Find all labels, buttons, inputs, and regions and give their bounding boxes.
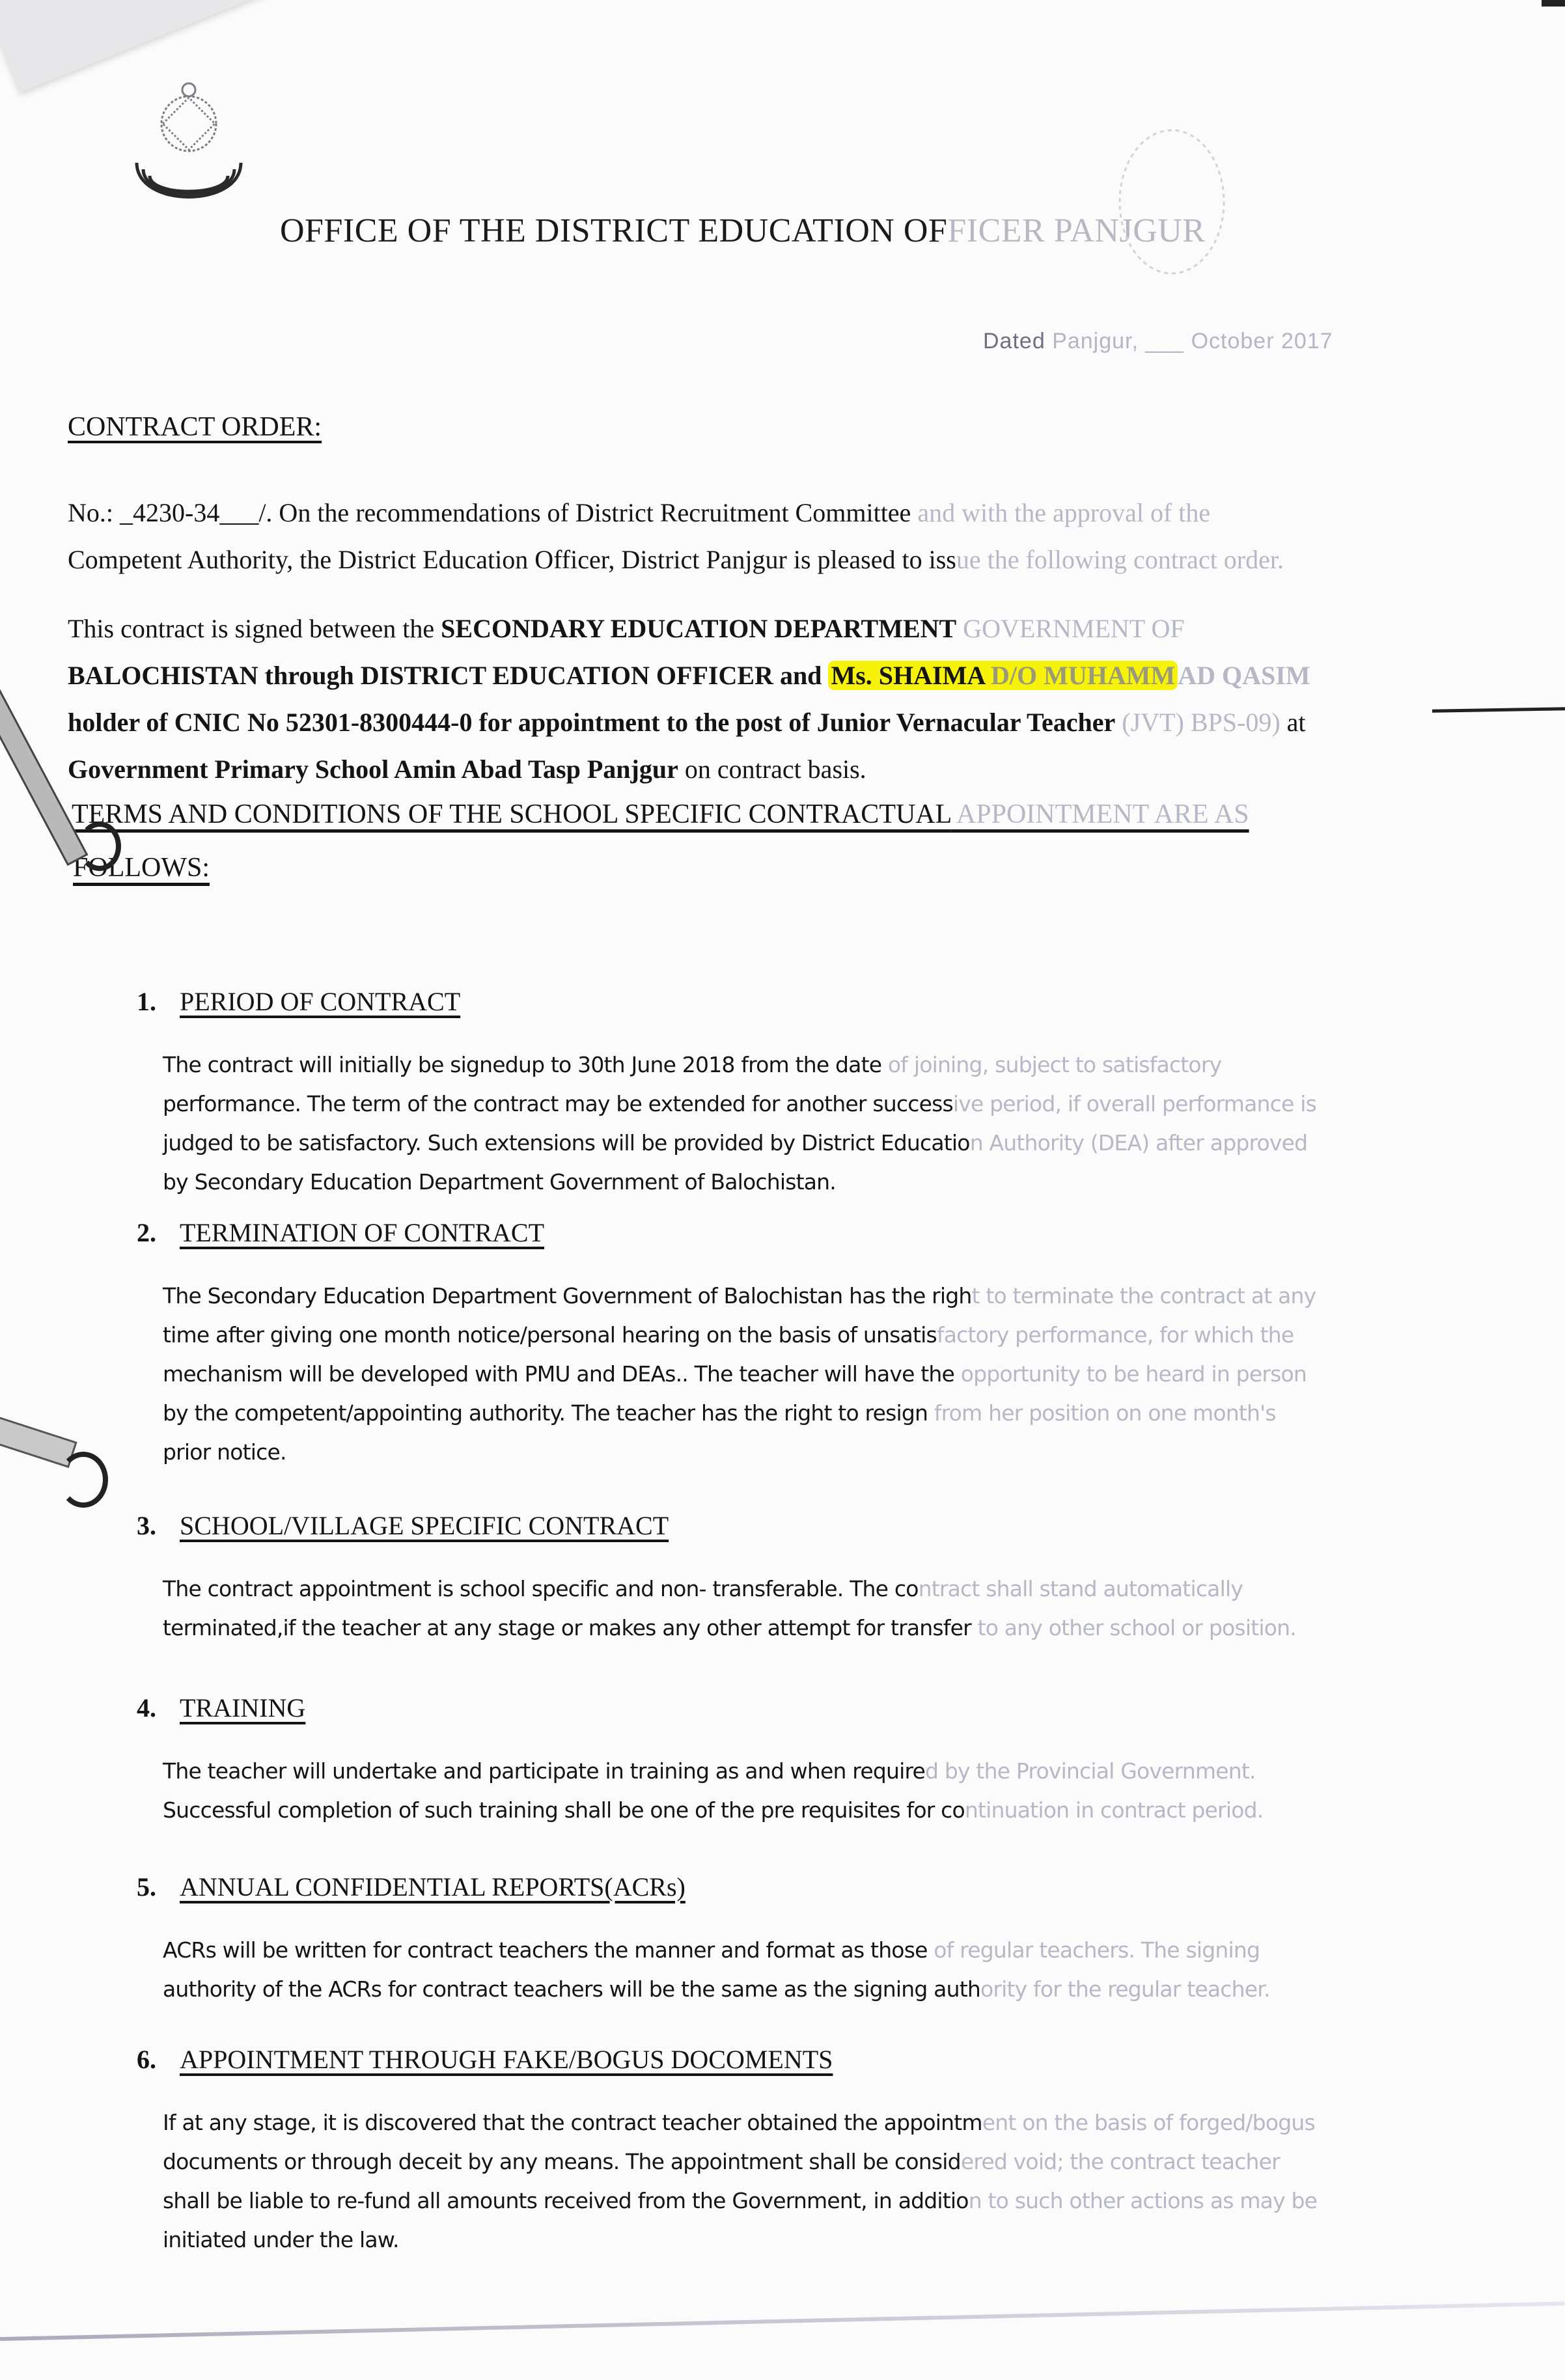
- section-1: 1.PERIOD OF CONTRACTThe contract will in…: [137, 986, 1361, 1202]
- section-line: by the competent/appointing authority. T…: [163, 1394, 1361, 1433]
- section-line: terminated,if the teacher at any stage o…: [163, 1609, 1361, 1648]
- government-emblem-icon: [124, 78, 254, 221]
- office-title: OFFICE OF THE DISTRICT EDUCATION OFFICER…: [280, 212, 1206, 250]
- section-number: 3.: [137, 1510, 180, 1541]
- section-line: performance. The term of the contract ma…: [163, 1085, 1361, 1124]
- section-number: 4.: [137, 1693, 180, 1723]
- section-heading: 4.TRAINING: [137, 1693, 1361, 1723]
- intro-paragraph: No.: _4230-34___/. On the recommendation…: [68, 490, 1284, 583]
- page-bottom-edge: [0, 2301, 1564, 2341]
- binder-ring: [78, 822, 121, 871]
- scan-edge-mark: [1542, 0, 1565, 7]
- section-heading: 1.PERIOD OF CONTRACT: [137, 986, 1361, 1017]
- section-body: The contract will initially be signedup …: [163, 1045, 1361, 1202]
- section-title: ANNUAL CONFIDENTIAL REPORTS(ACRs): [180, 1872, 686, 1902]
- section-line: authority of the ACRs for contract teach…: [163, 1970, 1361, 2009]
- section-title: SCHOOL/VILLAGE SPECIFIC CONTRACT: [180, 1511, 669, 1540]
- section-body: If at any stage, it is discovered that t…: [163, 2103, 1361, 2260]
- margin-mark: [1432, 707, 1565, 713]
- section-body: The teacher will undertake and participa…: [163, 1752, 1361, 1830]
- section-title: TRAINING: [180, 1693, 305, 1723]
- scanned-contract-page: ...0/8/? 23-10 OFFICE OF THE DISTRICT ED…: [0, 0, 1565, 2380]
- teacher-name-highlight: Ms. SHAIMA D/O MUHAMM: [828, 661, 1178, 690]
- section-line: judged to be satisfactory. Such extensio…: [163, 1124, 1361, 1163]
- section-line: The contract will initially be signedup …: [163, 1045, 1361, 1085]
- binder-ring-lower: [59, 1452, 108, 1508]
- section-line: time after giving one month notice/perso…: [163, 1316, 1361, 1355]
- section-body: The contract appointment is school speci…: [163, 1570, 1361, 1648]
- dated-line: Dated Panjgur, ___ October 2017: [983, 329, 1333, 354]
- section-heading: 2.TERMINATION OF CONTRACT: [137, 1217, 1361, 1248]
- office-stamp: [1107, 117, 1237, 286]
- section-heading: 6.APPOINTMENT THROUGH FAKE/BOGUS DOCOMEN…: [137, 2044, 1361, 2075]
- terms-heading: TERMS AND CONDITIONS OF THE SCHOOL SPECI…: [72, 788, 1249, 894]
- section-line: Successful completion of such training s…: [163, 1791, 1361, 1830]
- section-4: 4.TRAININGThe teacher will undertake and…: [137, 1693, 1361, 1830]
- section-title: APPOINTMENT THROUGH FAKE/BOGUS DOCOMENTS: [180, 2045, 833, 2074]
- contract-order-heading: CONTRACT ORDER:: [68, 411, 322, 443]
- section-line: ACRs will be written for contract teache…: [163, 1931, 1361, 1970]
- section-3: 3.SCHOOL/VILLAGE SPECIFIC CONTRACTThe co…: [137, 1510, 1361, 1648]
- section-title: TERMINATION OF CONTRACT: [180, 1218, 544, 1247]
- section-line: If at any stage, it is discovered that t…: [163, 2103, 1361, 2142]
- section-number: 6.: [137, 2044, 180, 2075]
- section-line: The Secondary Education Department Gover…: [163, 1277, 1361, 1316]
- section-number: 5.: [137, 1872, 180, 1902]
- section-line: The contract appointment is school speci…: [163, 1570, 1361, 1609]
- section-number: 1.: [137, 986, 180, 1017]
- section-number: 2.: [137, 1217, 180, 1248]
- section-title: PERIOD OF CONTRACT: [180, 987, 460, 1016]
- section-2: 2.TERMINATION OF CONTRACTThe Secondary E…: [137, 1217, 1361, 1472]
- section-line: shall be liable to re-fund all amounts r…: [163, 2181, 1361, 2221]
- section-line: The teacher will undertake and participa…: [163, 1752, 1361, 1791]
- section-body: The Secondary Education Department Gover…: [163, 1277, 1361, 1472]
- stamp-seal-icon: [1107, 117, 1237, 286]
- section-heading: 3.SCHOOL/VILLAGE SPECIFIC CONTRACT: [137, 1510, 1361, 1541]
- section-body: ACRs will be written for contract teache…: [163, 1931, 1361, 2009]
- section-heading: 5.ANNUAL CONFIDENTIAL REPORTS(ACRs): [137, 1872, 1361, 1902]
- parties-paragraph: This contract is signed between the SECO…: [68, 605, 1310, 793]
- section-6: 6.APPOINTMENT THROUGH FAKE/BOGUS DOCOMEN…: [137, 2044, 1361, 2260]
- section-5: 5.ANNUAL CONFIDENTIAL REPORTS(ACRs)ACRs …: [137, 1872, 1361, 2009]
- section-line: mechanism will be developed with PMU and…: [163, 1355, 1361, 1394]
- section-line: prior notice.: [163, 1433, 1361, 1472]
- section-line: documents or through deceit by any means…: [163, 2142, 1361, 2181]
- section-line: by Secondary Education Department Govern…: [163, 1163, 1361, 1202]
- section-line: initiated under the law.: [163, 2221, 1361, 2260]
